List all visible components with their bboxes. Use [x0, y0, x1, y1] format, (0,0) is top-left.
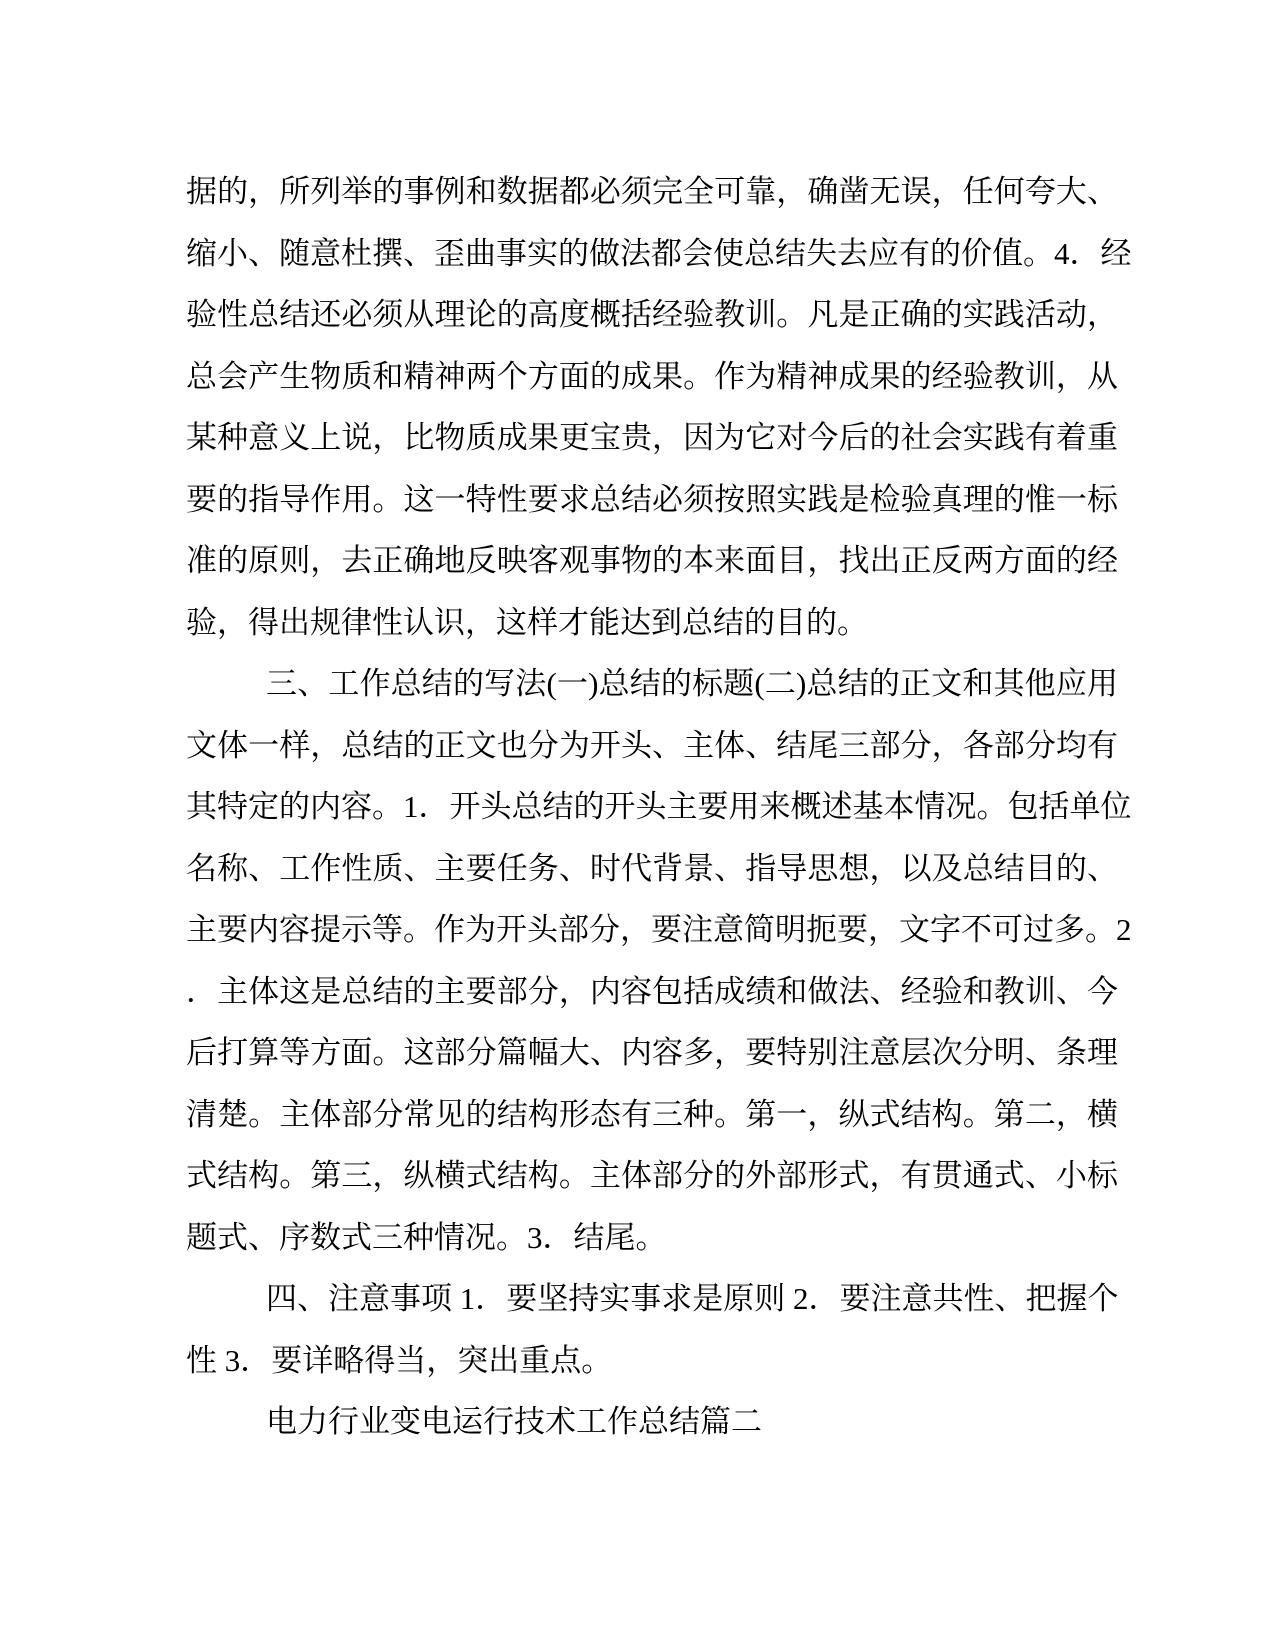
text-line: 文体一样，总结的正文也分为开头、主体、结尾三部分，各部分均有 [186, 715, 1118, 777]
text-line: 清楚。主体部分常见的结构形态有三种。第一，纵式结构。第二，横 [186, 1084, 1118, 1146]
document-page: 据的，所列举的事例和数据都必须完全可靠，确凿无误，任何夸大、缩小、随意杜撰、歪曲… [0, 0, 1275, 1650]
text-line: 名称、工作性质、主要任务、时代背景、指导思想，以及总结目的、 [186, 838, 1118, 900]
text-line: 其特定的内容。1．开头总结的开头主要用来概述基本情况。包括单位 [186, 776, 1118, 838]
text-line: 主要内容提示等。作为开头部分，要注意简明扼要，文字不可过多。2 [186, 899, 1118, 961]
text-line: 四、注意事项 1．要坚持实事求是原则 2．要注意共性、把握个 [186, 1268, 1118, 1330]
text-line: 验，得出规律性认识，这样才能达到总结的目的。 [186, 592, 1118, 654]
text-line: 题式、序数式三种情况。3．结尾。 [186, 1207, 1118, 1269]
text-line: ．主体这是总结的主要部分，内容包括成绩和做法、经验和教训、今 [186, 961, 1118, 1023]
document-text: 据的，所列举的事例和数据都必须完全可靠，确凿无误，任何夸大、缩小、随意杜撰、歪曲… [186, 161, 1118, 1453]
text-line: 总会产生物质和精神两个方面的成果。作为精神成果的经验教训，从 [186, 346, 1118, 408]
text-line: 后打算等方面。这部分篇幅大、内容多，要特别注意层次分明、条理 [186, 1022, 1118, 1084]
text-line: 准的原则，去正确地反映客观事物的本来面目，找出正反两方面的经 [186, 530, 1118, 592]
text-line: 要的指导作用。这一特性要求总结必须按照实践是检验真理的惟一标 [186, 469, 1118, 531]
text-line: 据的，所列举的事例和数据都必须完全可靠，确凿无误，任何夸大、 [186, 161, 1118, 223]
text-line: 某种意义上说，比物质成果更宝贵，因为它对今后的社会实践有着重 [186, 407, 1118, 469]
text-line: 电力行业变电运行技术工作总结篇二 [186, 1391, 1118, 1453]
text-line: 性 3．要详略得当，突出重点。 [186, 1330, 1118, 1392]
text-line: 三、工作总结的写法(一)总结的标题(二)总结的正文和其他应用 [186, 653, 1118, 715]
text-line: 缩小、随意杜撰、歪曲事实的做法都会使总结失去应有的价值。4．经 [186, 223, 1118, 285]
text-line: 式结构。第三，纵横式结构。主体部分的外部形式，有贯通式、小标 [186, 1145, 1118, 1207]
text-line: 验性总结还必须从理论的高度概括经验教训。凡是正确的实践活动， [186, 284, 1118, 346]
